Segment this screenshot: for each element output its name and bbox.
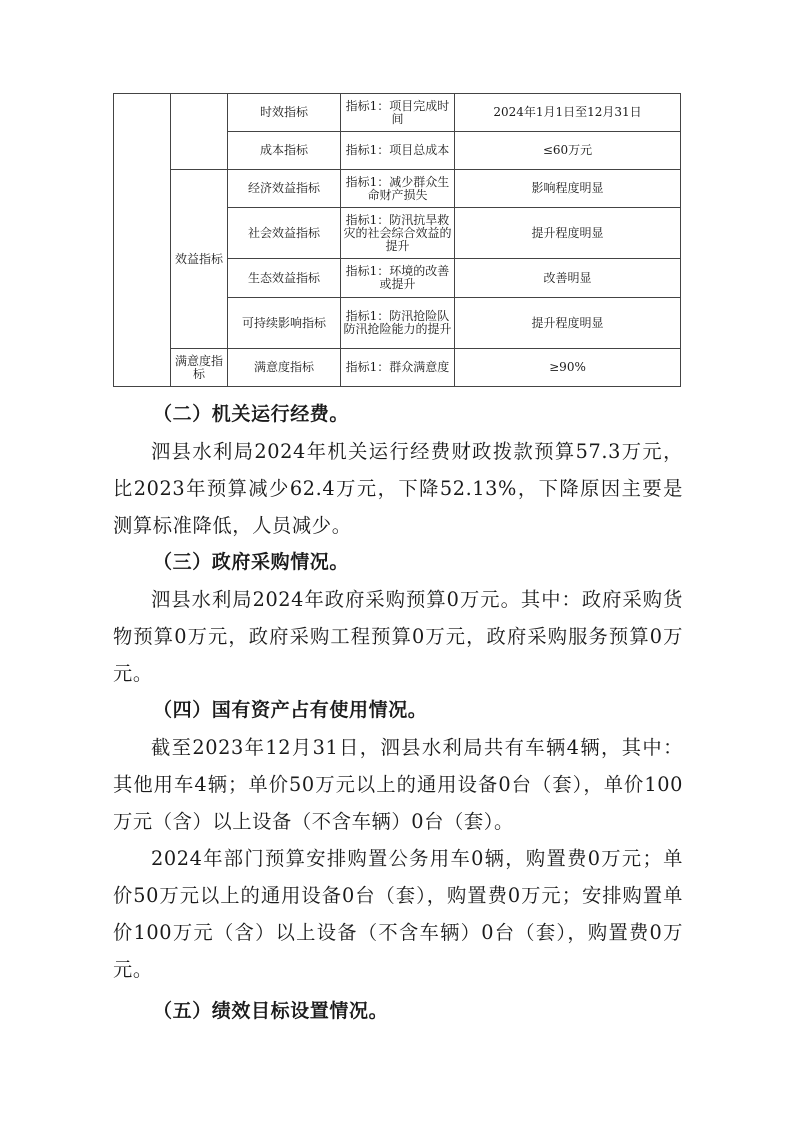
indicator-cell: 指标1：环境的改善或提升 (341, 259, 455, 298)
section-heading: （二）机关运行经费。 (113, 396, 683, 433)
level1-cell (114, 94, 171, 387)
value-cell: 改善明显 (455, 259, 681, 298)
indicator-cell: 指标1：群众满意度 (341, 349, 455, 387)
level2-cell: 效益指标 (171, 170, 228, 349)
value-cell: 提升程度明显 (455, 208, 681, 259)
level3-cell: 满意度指标 (228, 349, 341, 387)
value-cell: 影响程度明显 (455, 170, 681, 208)
level3-cell: 生态效益指标 (228, 259, 341, 298)
section-heading: （五）绩效目标设置情况。 (113, 993, 683, 1030)
table-row: 满意度指标 满意度指标 指标1：群众满意度 ≥90% (114, 349, 681, 387)
level2-cell: 满意度指标 (171, 349, 228, 387)
paragraph: 泗县水利局2024年机关运行经费财政拨款预算57.3万元，比2023年预算减少6… (113, 433, 683, 544)
level3-cell: 社会效益指标 (228, 208, 341, 259)
table-row: 时效指标 指标1：项目完成时间 2024年1月1日至12月31日 (114, 94, 681, 132)
level3-cell: 可持续影响指标 (228, 298, 341, 349)
section-heading: （三）政府采购情况。 (113, 544, 683, 581)
paragraph: 2024年部门预算安排购置公务用车0辆，购置费0万元；单价50万元以上的通用设备… (113, 840, 683, 988)
level3-cell: 成本指标 (228, 132, 341, 170)
value-cell: ≥90% (455, 349, 681, 387)
level3-cell: 经济效益指标 (228, 170, 341, 208)
indicator-cell: 指标1：项目总成本 (341, 132, 455, 170)
value-cell: 2024年1月1日至12月31日 (455, 94, 681, 132)
section-heading: （四）国有资产占有使用情况。 (113, 692, 683, 729)
indicator-cell: 指标1：项目完成时间 (341, 94, 455, 132)
table-row: 效益指标 经济效益指标 指标1：减少群众生命财产损失 影响程度明显 (114, 170, 681, 208)
value-cell: 提升程度明显 (455, 298, 681, 349)
paragraph: 截至2023年12月31日，泗县水利局共有车辆4辆，其中：其他用车4辆；单价50… (113, 729, 683, 840)
indicator-cell: 指标1：防汛抢险队防汛抢险能力的提升 (341, 298, 455, 349)
level3-cell: 时效指标 (228, 94, 341, 132)
document-body: （二）机关运行经费。 泗县水利局2024年机关运行经费财政拨款预算57.3万元，… (113, 396, 683, 1030)
paragraph: 泗县水利局2024年政府采购预算0万元。其中：政府采购货物预算0万元，政府采购工… (113, 581, 683, 692)
value-cell: ≤60万元 (455, 132, 681, 170)
indicator-cell: 指标1：防汛抗旱救灾的社会综合效益的提升 (341, 208, 455, 259)
level2-cell (171, 94, 228, 170)
indicator-cell: 指标1：减少群众生命财产损失 (341, 170, 455, 208)
performance-indicator-table: 时效指标 指标1：项目完成时间 2024年1月1日至12月31日 成本指标 指标… (113, 93, 681, 387)
